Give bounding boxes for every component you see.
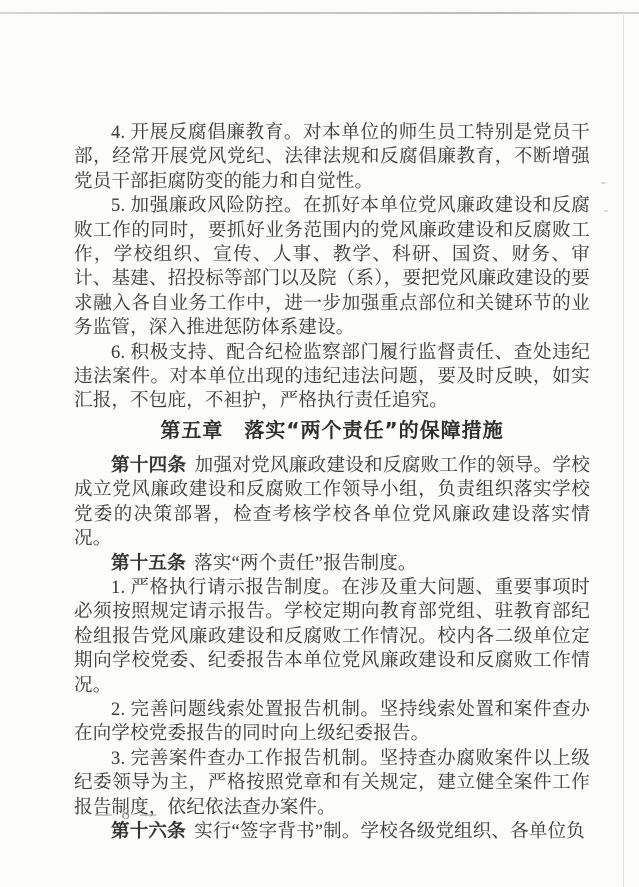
paragraph-text: 2. 完善问题线索处置报告机制。坚持线索处置和案件查办在向学校党委报告的同时向上… [74, 700, 590, 744]
paragraph-text: 1. 严格执行请示报告制度。在涉及重大问题、重要事项时必须按照规定请示报告。学校… [74, 578, 590, 696]
paragraph-text: 5. 加强廉政风险防控。在抓好本单位党风廉政建设和反腐败工作的同时，要抓好业务范… [74, 196, 590, 338]
scan-edge-top-line [0, 12, 639, 14]
scan-edge-right-line [623, 13, 624, 887]
scan-speck [601, 182, 606, 184]
paragraph-text: 4. 开展反腐倡廉教育。对本单位的师生员工特别是党员干部，经常开展党风党纪、法律… [74, 123, 590, 192]
paragraph: 2. 完善问题线索处置报告机制。坚持线索处置和案件查办在向学校党委报告的同时向上… [74, 698, 590, 747]
scan-speck [604, 210, 608, 212]
paragraph: 第十五条落实“两个责任”报告制度。 [74, 552, 590, 576]
article-number: 第十六条 [111, 822, 186, 842]
paragraph: 6. 积极支持、配合纪检监察部门履行监督责任、查处违纪违法案件。对本单位出现的违… [74, 341, 590, 414]
scanned-document-page: 4. 开展反腐倡廉教育。对本单位的师生员工特别是党员干部，经常开展党风党纪、法律… [0, 0, 639, 887]
page-number: — 8 — [95, 804, 160, 824]
paragraph: 第十四条加强对党风廉政建设和反腐败工作的领导。学校成立党风廉政建设和反腐败工作领… [74, 454, 590, 552]
paragraph-text: 实行“签字背书”制。学校各级党组织、各单位负 [194, 822, 585, 842]
article-number: 第十四条 [111, 456, 186, 476]
document-body: 4. 开展反腐倡廉教育。对本单位的师生员工特别是党员干部，经常开展党风党纪、法律… [74, 121, 590, 844]
paragraph-text: 6. 积极支持、配合纪检监察部门履行监督责任、查处违纪违法案件。对本单位出现的违… [74, 343, 590, 412]
paragraph: 5. 加强廉政风险防控。在抓好本单位党风廉政建设和反腐败工作的同时，要抓好业务范… [74, 194, 590, 340]
paragraph: 4. 开展反腐倡廉教育。对本单位的师生员工特别是党员干部，经常开展党风党纪、法律… [74, 121, 590, 194]
paragraph: 1. 严格执行请示报告制度。在涉及重大问题、重要事项时必须按照规定请示报告。学校… [74, 576, 590, 698]
paragraph-text: 落实“两个责任”报告制度。 [194, 554, 417, 574]
article-number: 第十五条 [111, 554, 186, 574]
chapter-heading: 第五章 落实“两个责任”的保障措施 [74, 415, 590, 445]
